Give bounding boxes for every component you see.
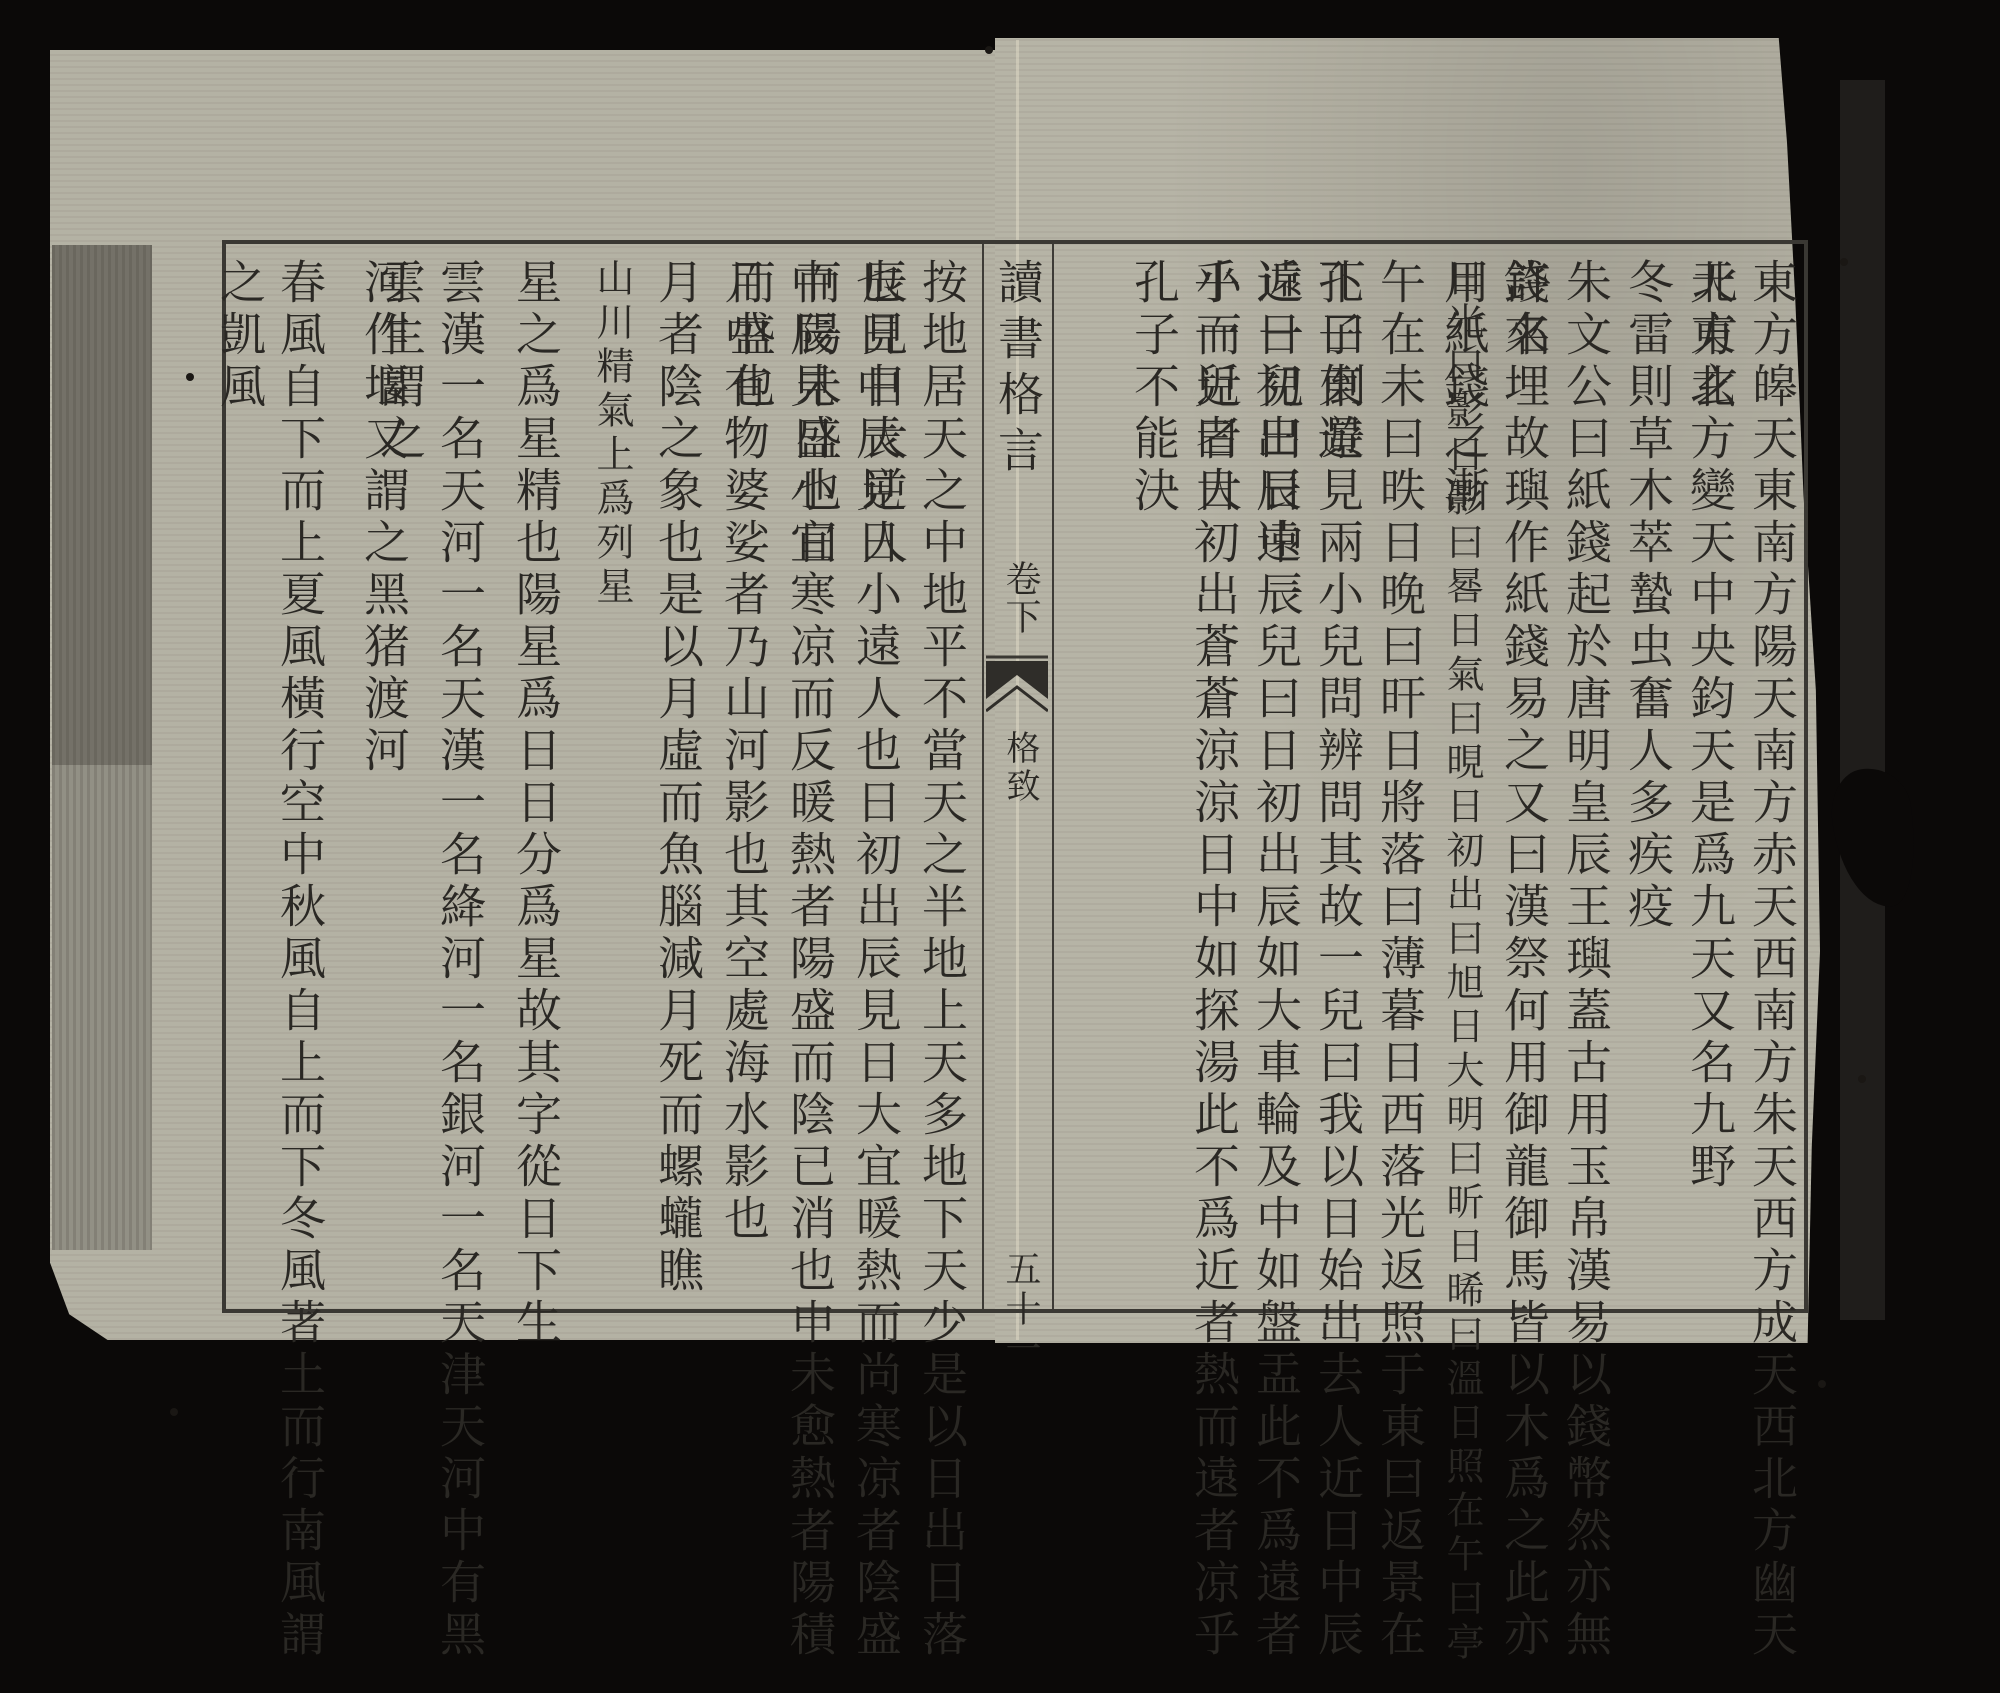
volume-label: 卷下 xyxy=(998,560,1042,636)
banxin-rule-right xyxy=(1052,244,1054,1309)
fishtail-ornament-icon xyxy=(986,655,1048,715)
text-column: 也日中辰見日小遠人也日初出辰見日大宜暖熱而尚寒凉者陰盛而陽未盛也日 xyxy=(846,258,906,1693)
wormhole xyxy=(1858,1075,1866,1083)
page-number: 五十一 xyxy=(998,1250,1042,1370)
text-column: 月者陰之象也是以月虛而魚腦減月死而螺蠬瞧 xyxy=(648,258,708,1298)
book-title: 讀書格言 xyxy=(990,258,1046,482)
text-column: 孔子東遊見兩小兒問辨問其故一兒曰我以日始出去人近日中辰遠一兒曰日中辰 xyxy=(1308,258,1368,1693)
text-column: 春風自下而上夏風橫行空中秋風自上而下冬風著土而行南風謂之凱風 xyxy=(270,258,330,1693)
text-column: 星之爲星精也陽星爲日日分爲星故其字從日下生 xyxy=(506,258,566,1350)
text-column: 近日初出辰遠一兒曰日初出辰如大車輪及中如盤盂此不爲遠者小而近者大 xyxy=(1246,258,1306,1693)
banxin-rule-left xyxy=(982,244,984,1309)
text-column: 東方皞天東南方陽天南方赤天西南方朱天西方成天西北方幽天北方玄 xyxy=(1742,258,1802,1693)
wormhole xyxy=(985,46,993,54)
text-column: 按地居天之中地平不當天之半地上天多地下天少是以日出日落辰見日大逆人 xyxy=(912,258,972,1693)
left-margin-shadow xyxy=(52,245,152,765)
wormhole xyxy=(186,373,194,381)
text-column: 雲漢一名天河一名天漢一名絳河一名銀河一名天津天河中有黑雲生謂之 xyxy=(430,258,490,1693)
text-column: 冬雷則草木萃蟄虫奮人多疾疫 xyxy=(1618,258,1678,934)
text-column: 朱文公曰紙錢起於唐明皇辰王璵蓋古用玉帛漢易以錢幣然亦無許名 xyxy=(1556,258,1616,1693)
text-column: 乎一兒曰日初出蒼蒼涼涼日中如探湯此不爲近者熱而遠者凉乎孔子不能決 xyxy=(1184,258,1244,1693)
wormhole xyxy=(1818,1380,1826,1388)
section-label: 格致 xyxy=(998,730,1042,806)
text-column: 錢來埋故璵作紙錢易之又曰漢祭何用御龍御馬皆以木爲之此亦用紙錢之漸 xyxy=(1494,258,1554,1693)
right-margin-strip xyxy=(1840,80,1885,1320)
text-column: 日光曰影日影曰晷日氣曰晛日初出曰旭日大明曰昕日晞曰溫日照在午曰亭 xyxy=(1432,258,1492,1666)
wormhole xyxy=(1840,258,1848,266)
text-column: 午在未曰昳日晚曰旰日將落曰薄暮日西落光返照于東曰返景在下曰倒景 xyxy=(1370,258,1430,1693)
text-column: 天東北方變天中央鈞天是爲九天又名九野 xyxy=(1680,258,1740,1194)
wormhole xyxy=(170,1408,178,1416)
text-column: 山川精氣上爲列星 xyxy=(582,258,642,610)
text-column: 河作堰又謂之黑猪渡河 xyxy=(354,258,414,778)
text-column: 月中有物婆娑者乃山河影也其空處海水影也 xyxy=(714,258,774,1246)
text-column: 中辰見日小宜寒凉而反暖熱者陽盛而陰已消也申未愈熱者陽積而盛也 xyxy=(780,258,840,1693)
